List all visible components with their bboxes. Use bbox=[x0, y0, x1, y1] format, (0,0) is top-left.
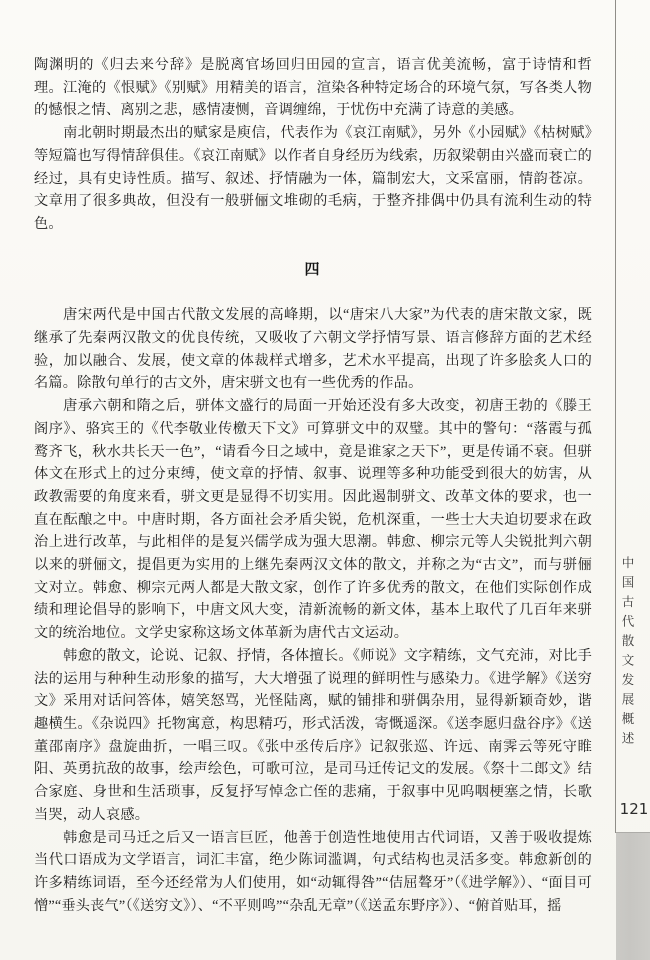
page-edge-shading bbox=[616, 832, 650, 960]
page-number: 121 bbox=[618, 800, 650, 818]
paragraph: 韩愈是司马迁之后又一语言巨匠，他善于创造性地使用古代词语，又善于吸收提炼当代口语… bbox=[34, 827, 592, 918]
paragraph: 唐承六朝和隋之后，骈体文盛行的局面一开始还没有多大改变，初唐王勃的《滕王阁序》、… bbox=[34, 395, 592, 645]
book-page: 陶渊明的《归去来兮辞》是脱离官场回归田园的宣言，语言优美流畅，富于诗情和哲理。江… bbox=[0, 0, 650, 960]
chapter-side-label: 中国古代散文发展概述 bbox=[618, 556, 636, 786]
text-column: 陶渊明的《归去来兮辞》是脱离官场回归田园的宣言，语言优美流畅，富于诗情和哲理。江… bbox=[34, 54, 592, 917]
margin-rule-line bbox=[615, 0, 616, 833]
section-heading: 四 bbox=[34, 259, 592, 282]
paragraph: 南北朝时期最杰出的赋家是庾信，代表作为《哀江南赋》，另外《小园赋》《枯树赋》等短… bbox=[34, 122, 592, 236]
paragraph: 韩愈的散文，论说、记叙、抒情，各体擅长。《师说》文字精练，文气充沛，对比手法的运… bbox=[34, 645, 592, 827]
paragraph: 陶渊明的《归去来兮辞》是脱离官场回归田园的宣言，语言优美流畅，富于诗情和哲理。江… bbox=[34, 54, 592, 122]
paragraph: 唐宋两代是中国古代散文发展的高峰期，以“唐宋八大家”为代表的唐宋散文家，既继承了… bbox=[34, 304, 592, 395]
